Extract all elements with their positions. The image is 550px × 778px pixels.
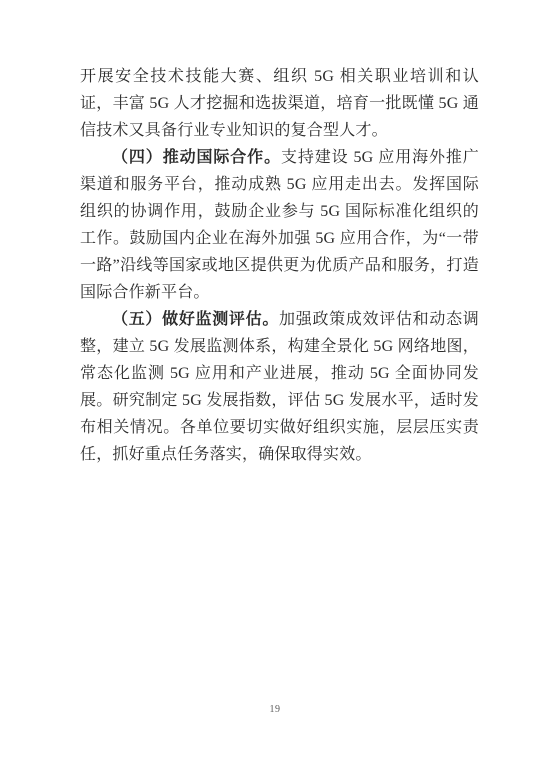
section-heading-international-cooperation: （四）推动国际合作。 xyxy=(112,149,281,166)
page-number: 19 xyxy=(0,703,550,717)
paragraph-text: 支持建设 5G 应用海外推广渠道和服务平台，推动成熟 5G 应用走出去。发挥国际… xyxy=(80,149,479,301)
paragraph-talent-development: 开展安全技术技能大赛、组织 5G 相关职业培训和认证，丰富 5G 人才挖掘和选拔… xyxy=(80,63,479,144)
section-heading-monitoring-evaluation: （五）做好监测评估。 xyxy=(112,311,279,328)
document-body: 开展安全技术技能大赛、组织 5G 相关职业培训和认证，丰富 5G 人才挖掘和选拔… xyxy=(80,63,479,468)
document-page: 开展安全技术技能大赛、组织 5G 相关职业培训和认证，丰富 5G 人才挖掘和选拔… xyxy=(0,0,550,778)
paragraph-text: 开展安全技术技能大赛、组织 5G 相关职业培训和认证，丰富 5G 人才挖掘和选拔… xyxy=(80,68,479,139)
paragraph-international-cooperation: （四）推动国际合作。支持建设 5G 应用海外推广渠道和服务平台，推动成熟 5G … xyxy=(80,144,479,306)
paragraph-text: 加强政策成效评估和动态调整，建立 5G 发展监测体系，构建全景化 5G 网络地图… xyxy=(80,311,479,463)
paragraph-monitoring-evaluation: （五）做好监测评估。加强政策成效评估和动态调整，建立 5G 发展监测体系，构建全… xyxy=(80,306,479,468)
